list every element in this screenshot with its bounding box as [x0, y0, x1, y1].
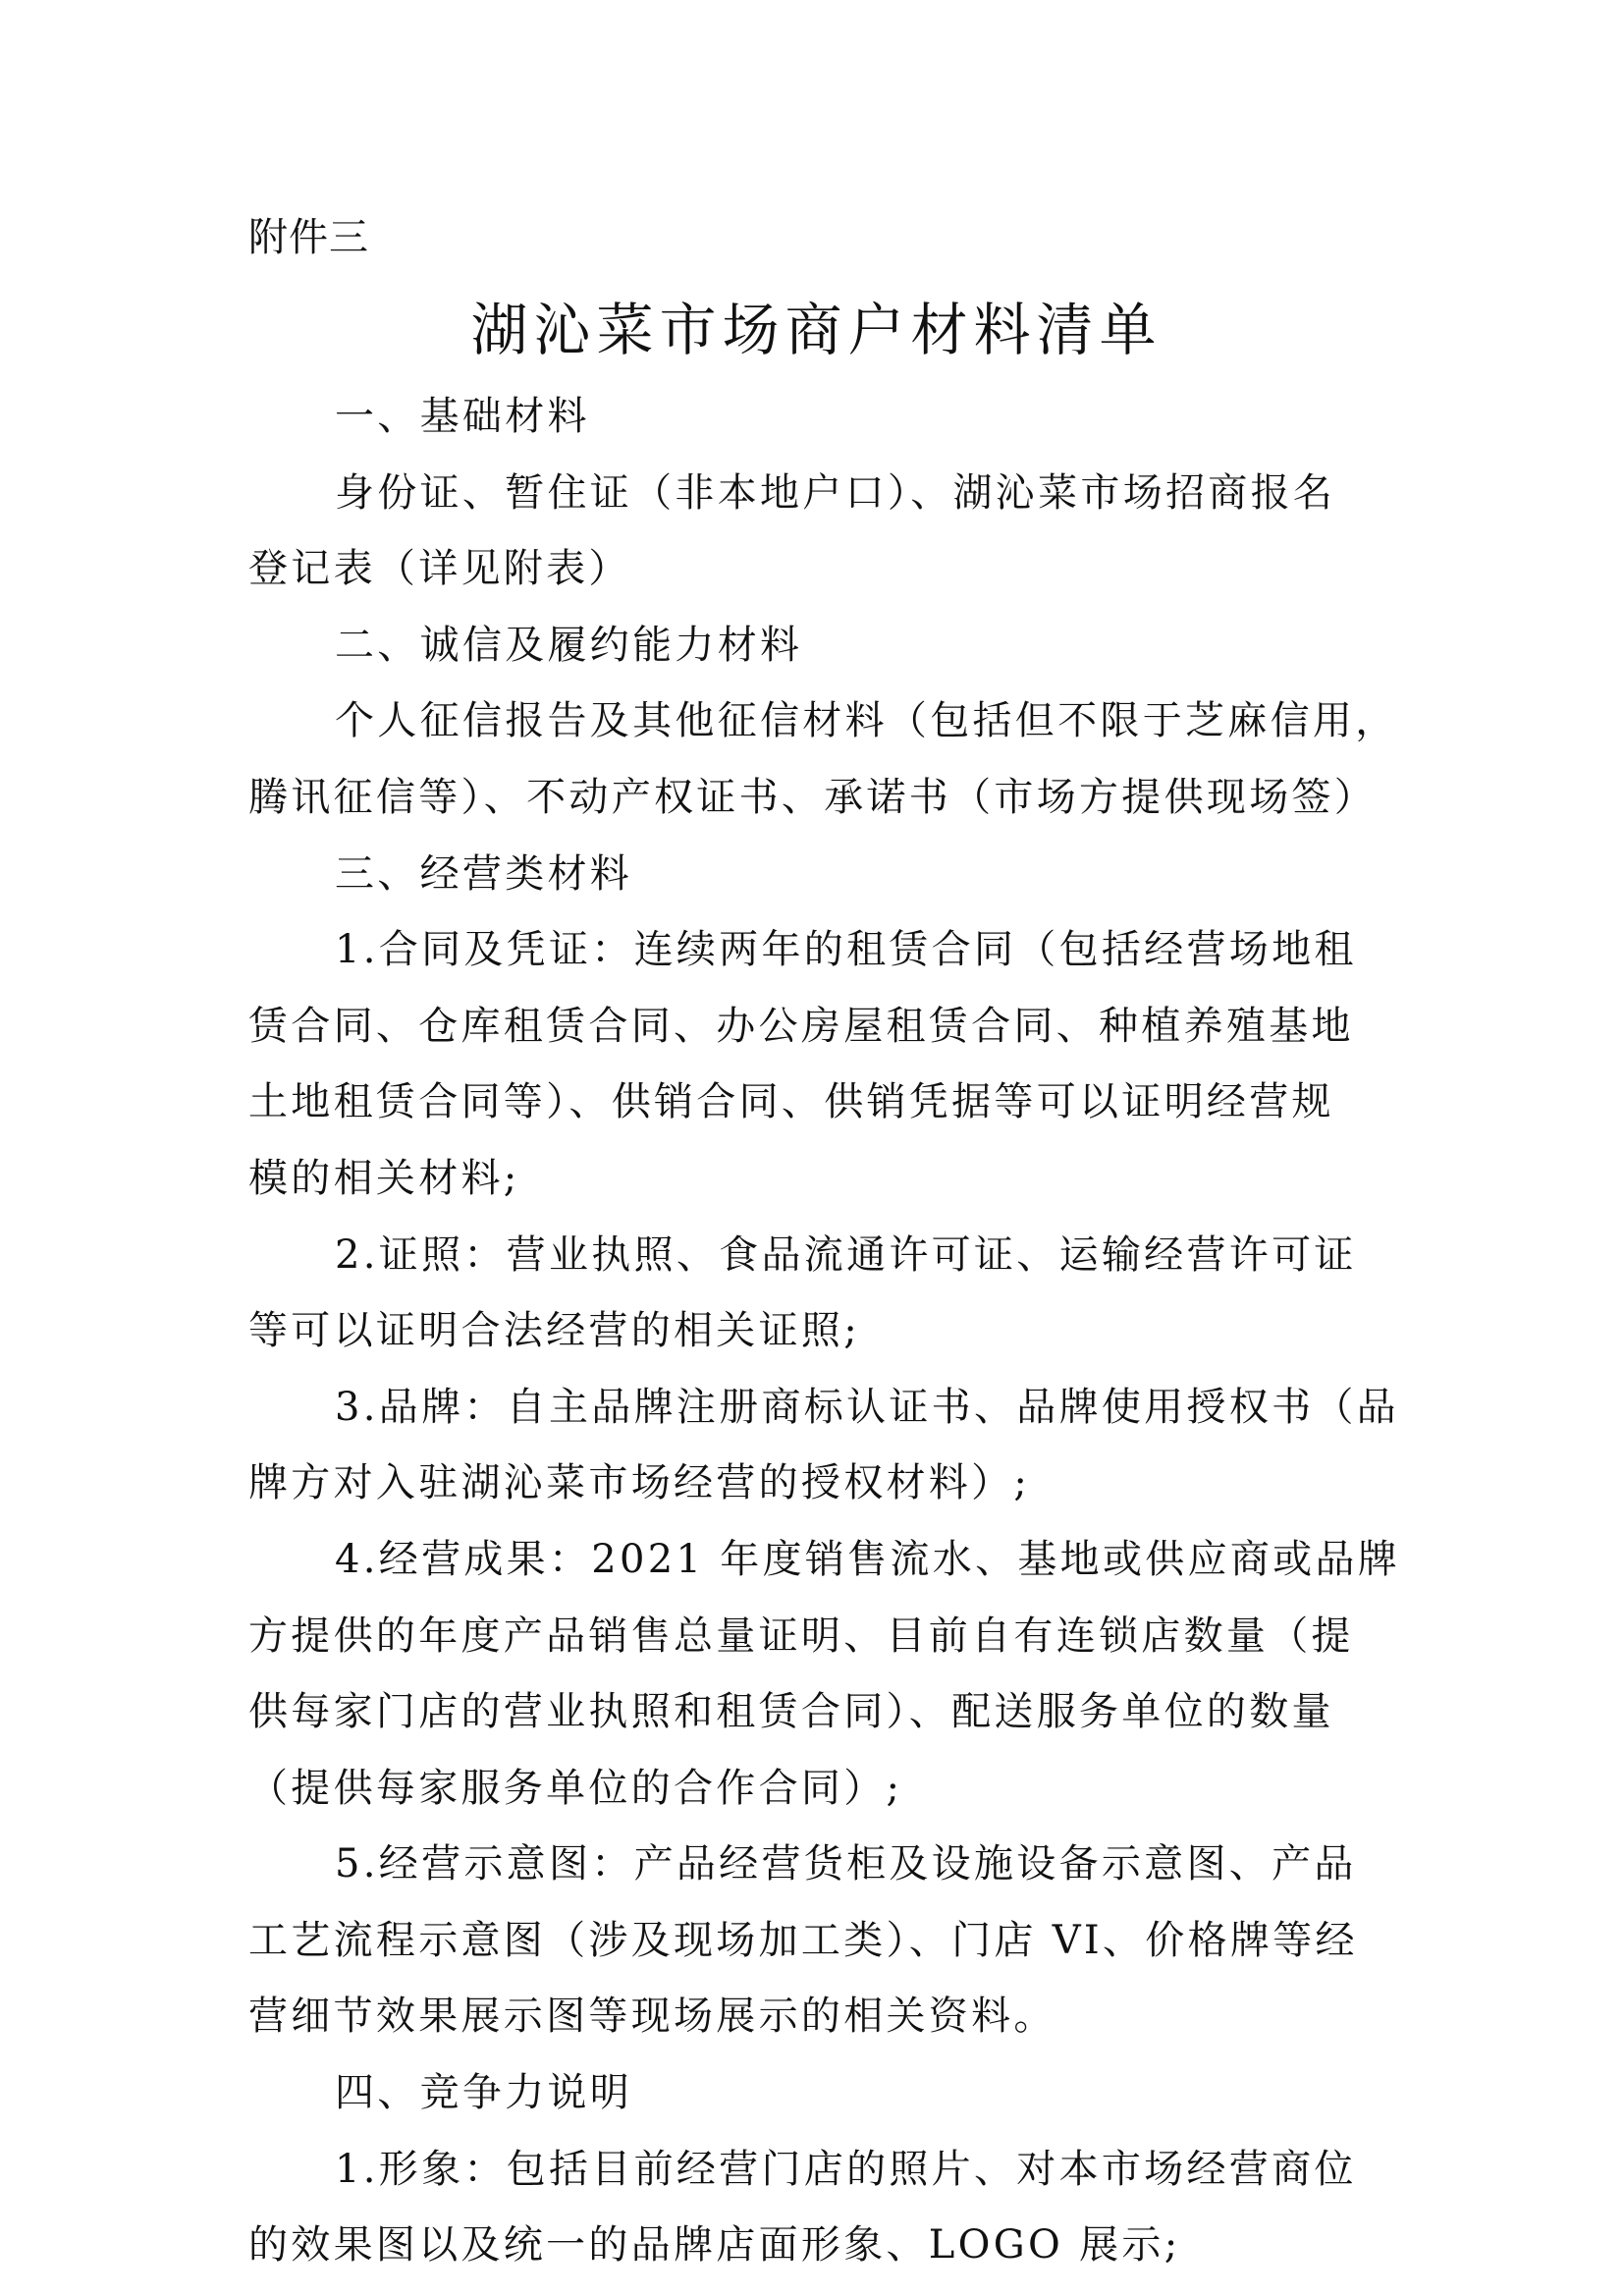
- document-body: 一、基础材料 身份证、暂住证（非本地户口）、湖沁菜市场招商报名 登记表（详见附表…: [248, 379, 1387, 2284]
- list-item-line: 等可以证明合法经营的相关证照;: [248, 1293, 1387, 1370]
- document-page: 附件三 湖沁菜市场商户材料清单 一、基础材料 身份证、暂住证（非本地户口）、湖沁…: [0, 0, 1623, 2296]
- list-item-line: 的效果图以及统一的品牌店面形象、LOGO 展示;: [248, 2208, 1387, 2284]
- paragraph-line: 个人征信报告及其他征信材料（包括但不限于芝麻信用，: [248, 683, 1387, 760]
- list-item-line: 模的相关材料;: [248, 1141, 1387, 1218]
- paragraph-line: 身份证、暂住证（非本地户口）、湖沁菜市场招商报名: [248, 456, 1387, 532]
- list-item-image: 1.形象：包括目前经营门店的照片、对本市场经营商位: [248, 2132, 1387, 2209]
- section-heading-business-materials: 三、经营类材料: [248, 837, 1387, 913]
- list-item-line: 工艺流程示意图（涉及现场加工类）、门店 VI、价格牌等经: [248, 1903, 1387, 1980]
- section-heading-credit-materials: 二、诚信及履约能力材料: [248, 608, 1387, 684]
- list-item-brand: 3.品牌：自主品牌注册商标认证书、品牌使用授权书（品: [248, 1370, 1387, 1447]
- list-item-business-results: 4.经营成果：2021 年度销售流水、基地或供应商或品牌: [248, 1522, 1387, 1599]
- attachment-label: 附件三: [248, 208, 369, 267]
- list-item-line: 牌方对入驻湖沁菜市场经营的授权材料）;: [248, 1446, 1387, 1522]
- document-title: 湖沁菜市场商户材料清单: [0, 291, 1623, 369]
- list-item-line: （提供每家服务单位的合作合同）;: [248, 1751, 1387, 1828]
- list-item-line: 方提供的年度产品销售总量证明、目前自有连锁店数量（提: [248, 1599, 1387, 1675]
- list-item-line: 土地租赁合同等）、供销合同、供销凭据等可以证明经营规: [248, 1065, 1387, 1141]
- list-item-line: 赁合同、仓库租赁合同、办公房屋租赁合同、种植养殖基地: [248, 989, 1387, 1066]
- section-heading-competitiveness: 四、竞争力说明: [248, 2055, 1387, 2132]
- list-item-business-diagrams: 5.经营示意图：产品经营货柜及设施设备示意图、产品: [248, 1827, 1387, 1903]
- paragraph-line: 登记表（详见附表）: [248, 531, 1387, 608]
- list-item-contracts: 1.合同及凭证：连续两年的租赁合同（包括经营场地租: [248, 912, 1387, 989]
- paragraph-line: 腾讯征信等）、不动产权证书、承诺书（市场方提供现场签）: [248, 760, 1387, 837]
- list-item-licenses: 2.证照：营业执照、食品流通许可证、运输经营许可证: [248, 1218, 1387, 1294]
- section-heading-basic-materials: 一、基础材料: [248, 379, 1387, 456]
- list-item-line: 供每家门店的营业执照和租赁合同）、配送服务单位的数量: [248, 1674, 1387, 1751]
- list-item-line: 营细节效果展示图等现场展示的相关资料。: [248, 1979, 1387, 2055]
